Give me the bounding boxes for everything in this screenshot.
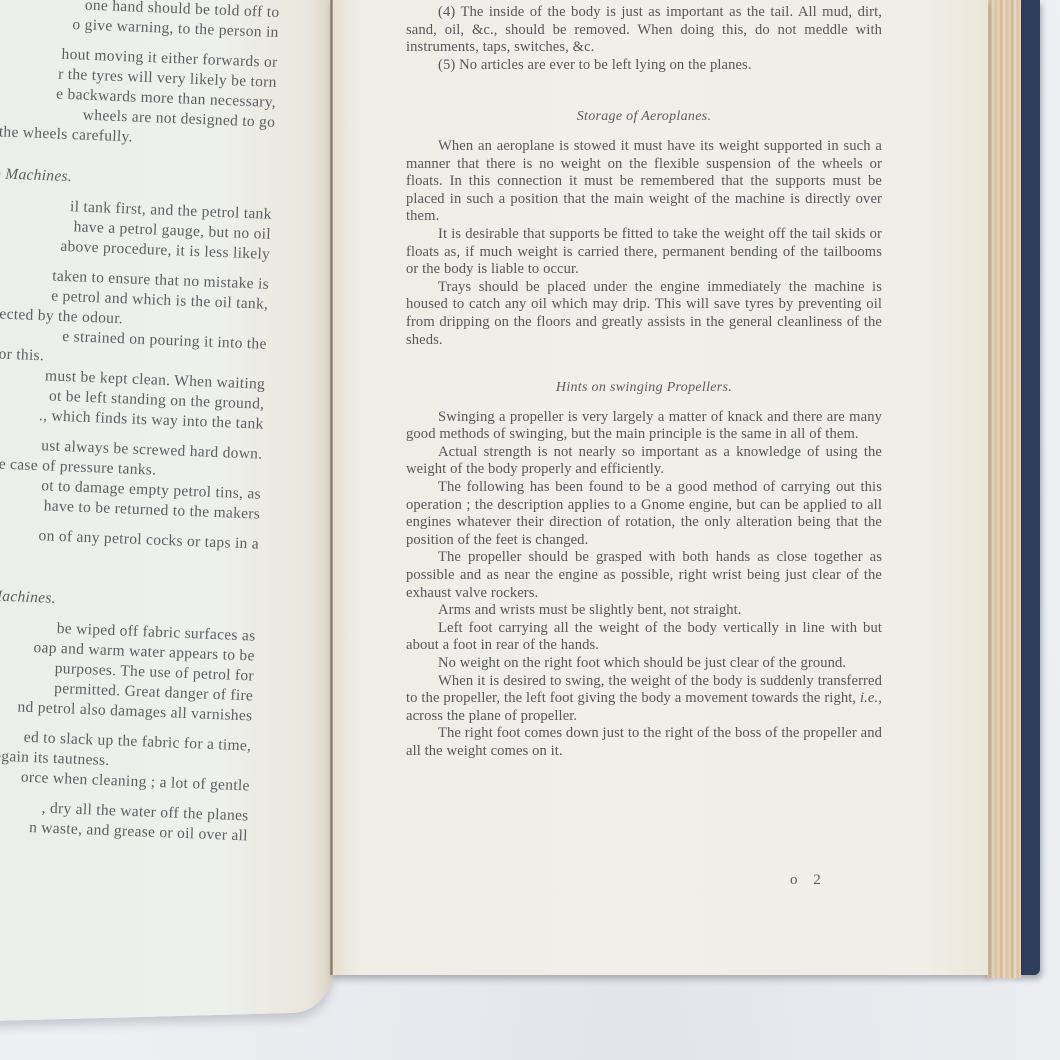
paragraph: When it is desired to swing, the weight …: [406, 673, 882, 726]
right-page-text: (4) The inside of the body is just as im…: [406, 4, 882, 761]
left-page-text: one hand should be told off to o give wa…: [0, 0, 280, 846]
book-cover: [1018, 0, 1040, 975]
paragraph: Swinging a propeller is very largely a m…: [406, 409, 882, 444]
list-item-4: (4) The inside of the body is just as im…: [406, 4, 882, 57]
section-heading-propellers: Hints on swinging Propellers.: [406, 379, 882, 397]
paragraph: The right foot comes down just to the ri…: [406, 725, 882, 760]
paragraph: Arms and wrists must be slightly bent, n…: [406, 602, 882, 620]
paragraph: Left foot carrying all the weight of the…: [406, 620, 882, 655]
page-signature: o 2: [790, 872, 827, 889]
paragraph: The following has been found to be a goo…: [406, 479, 882, 549]
paragraph: The propeller should be grasped with bot…: [406, 549, 882, 602]
list-item-5: (5) No articles are ever to be left lyin…: [406, 57, 882, 75]
paragraph: When an aeroplane is stowed it must have…: [406, 138, 882, 226]
paragraph: It is desirable that supports be fitted …: [406, 226, 882, 279]
photo-scene: one hand should be told off to o give wa…: [0, 0, 1060, 1060]
section-heading-storage: Storage of Aeroplanes.: [406, 108, 882, 126]
page-edges: [985, 0, 1021, 978]
paragraph: No weight on the right foot which should…: [406, 655, 882, 673]
paragraph: Trays should be placed under the engine …: [406, 279, 882, 349]
paragraph: Actual strength is not nearly so importa…: [406, 444, 882, 479]
book-gutter: [330, 0, 333, 975]
